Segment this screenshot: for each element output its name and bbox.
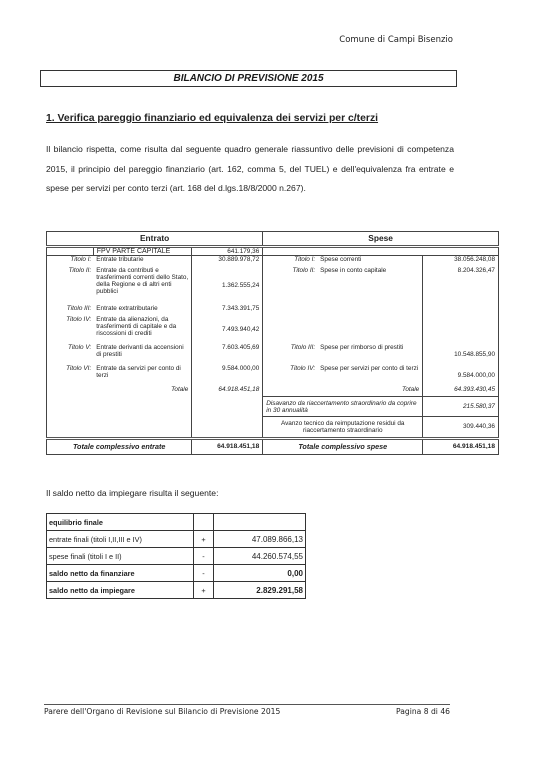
entrata-titolo: Titolo V: bbox=[47, 344, 94, 365]
spesa-value: 9.584.000,00 bbox=[423, 365, 499, 386]
equilibrio-sign bbox=[194, 514, 214, 531]
spesa-value: 10.548.855,90 bbox=[423, 344, 499, 365]
equilibrio-table: equilibrio finaleentrate finali (titoli … bbox=[46, 513, 306, 599]
spesa-titolo: Titolo IV: bbox=[263, 365, 317, 386]
municipality-header: Comune di Campi Bisenzio bbox=[339, 35, 453, 45]
entrata-titolo: Titolo III: bbox=[47, 305, 94, 316]
entrata-value: 30.889.978,72 bbox=[192, 256, 263, 267]
equilibrio-value: 47.089.866,13 bbox=[214, 531, 306, 548]
equilibrio-label: saldo netto da finanziare bbox=[47, 565, 194, 582]
intro-paragraph: Il bilancio rispetta, come risulta dal s… bbox=[46, 140, 454, 199]
spesa-dis-label: Disavanzo da riaccertamento straordinari… bbox=[263, 397, 423, 417]
entrata-value: 1.362.555,24 bbox=[192, 267, 263, 305]
spesa-ava-value: 309.440,36 bbox=[423, 417, 499, 437]
spesa-desc: Spese correnti bbox=[317, 256, 423, 267]
equilibrio-sign: - bbox=[194, 548, 214, 565]
entrata-value: 7.343.391,75 bbox=[192, 305, 263, 316]
entrata-titolo: Titolo I: bbox=[47, 256, 94, 267]
entrata-value: 7.603.405,69 bbox=[192, 344, 263, 365]
document-title: BILANCIO DI PREVISIONE 2015 bbox=[40, 70, 457, 87]
spesa-dis-value: 215.580,37 bbox=[423, 397, 499, 417]
entrata-value: 9.584.000,00 bbox=[192, 365, 263, 386]
equilibrio-label: equilibrio finale bbox=[47, 514, 194, 531]
equilibrio-value: 0,00 bbox=[214, 565, 306, 582]
equilibrio-row: equilibrio finale bbox=[47, 514, 306, 531]
spesa-value: 8.204.326,47 bbox=[423, 267, 499, 305]
equilibrio-row: spese finali (titoli I e II)-44.260.574,… bbox=[47, 548, 306, 565]
totale-spese-label: Totale complessivo spese bbox=[263, 439, 423, 455]
equilibrio-value bbox=[214, 514, 306, 531]
equilibrio-sign: - bbox=[194, 565, 214, 582]
entrata-desc: Entrate da contributi e trasferimenti co… bbox=[93, 267, 192, 305]
quadro-row: Disavanzo da riaccertamento straordinari… bbox=[47, 397, 499, 417]
equilibrio-row: entrate finali (titoli I,II,III e IV)+47… bbox=[47, 531, 306, 548]
saldo-intro: Il saldo netto da impiegare risulta il s… bbox=[46, 488, 218, 498]
totale-spese-value: 64.918.451,18 bbox=[423, 439, 499, 455]
equilibrio-sign: + bbox=[194, 531, 214, 548]
spesa-desc: Spese per rimborso di prestiti bbox=[317, 344, 423, 365]
entrata-totale-value: 64.918.451,18 bbox=[192, 386, 263, 397]
quadro-row: Titolo IV:Entrate da alienazioni, da tra… bbox=[47, 316, 499, 344]
fpv-label: FPV PARTE CAPITALE bbox=[93, 248, 192, 256]
entrata-titolo: Titolo II: bbox=[47, 267, 94, 305]
equilibrio-sign: + bbox=[194, 582, 214, 599]
spesa-value: 38.056.248,08 bbox=[423, 256, 499, 267]
entrata-titolo: Titolo IV: bbox=[47, 316, 94, 344]
totale-entrate-value: 64.918.451,18 bbox=[192, 439, 263, 455]
entrata-totale-label: Totale bbox=[93, 386, 192, 397]
totale-complessivo-row: Totale complessivo entrate 64.918.451,18… bbox=[47, 439, 499, 455]
entrata-titolo: Titolo VI: bbox=[47, 365, 94, 386]
section-heading: 1. Verifica pareggio finanziario ed equi… bbox=[46, 113, 378, 124]
quadro-row: Avanzo tecnico da reimputazione residui … bbox=[47, 417, 499, 437]
page-number: Pagina 8 di 46 bbox=[396, 707, 450, 716]
quadro-row: Titolo I:Entrate tributarie30.889.978,72… bbox=[47, 256, 499, 267]
totale-entrate-label: Totale complessivo entrate bbox=[47, 439, 192, 455]
spesa-desc: Spese in conto capitale bbox=[317, 267, 423, 305]
equilibrio-row: saldo netto da impiegare+2.829.291,58 bbox=[47, 582, 306, 599]
footer-title: Parere dell'Organo di Revisione sul Bila… bbox=[44, 707, 280, 716]
entrata-desc: Entrate da servizi per conto di terzi bbox=[93, 365, 192, 386]
entrata-desc: Entrate derivanti da accensioni di prest… bbox=[93, 344, 192, 365]
footer-divider bbox=[44, 704, 450, 705]
equilibrio-label: spese finali (titoli I e II) bbox=[47, 548, 194, 565]
spesa-titolo: Titolo III: bbox=[263, 344, 317, 365]
equilibrio-value: 44.260.574,55 bbox=[214, 548, 306, 565]
quadro-row: Titolo III:Entrate extratributarie7.343.… bbox=[47, 305, 499, 316]
fpv-row: FPV PARTE CAPITALE 641.179,36 bbox=[47, 248, 499, 256]
quadro-row: Titolo VI:Entrate da servizi per conto d… bbox=[47, 365, 499, 386]
quadro-row: Titolo V:Entrate derivanti da accensioni… bbox=[47, 344, 499, 365]
equilibrio-row: saldo netto da finanziare-0,00 bbox=[47, 565, 306, 582]
fpv-value: 641.179,36 bbox=[192, 248, 263, 256]
spese-header: Spese bbox=[263, 232, 499, 247]
quadro-row: Totale64.918.451,18Totale64.393.430,45 bbox=[47, 386, 499, 397]
equilibrio-label: saldo netto da impiegare bbox=[47, 582, 194, 599]
spesa-titolo: Titolo I: bbox=[263, 256, 317, 267]
entrate-header: Entrato bbox=[47, 232, 263, 247]
entrata-desc: Entrate extratributarie bbox=[93, 305, 192, 316]
entrata-value: 7.493.940,42 bbox=[192, 316, 263, 344]
spesa-desc: Spese per servizi per conto di terzi bbox=[317, 365, 423, 386]
equilibrio-value: 2.829.291,58 bbox=[214, 582, 306, 599]
quadro-row: Titolo II:Entrate da contributi e trasfe… bbox=[47, 267, 499, 305]
quadro-riassuntivo-table: Entrato Spese FPV PARTE CAPITALE 641.179… bbox=[46, 231, 499, 455]
spesa-titolo: Titolo II: bbox=[263, 267, 317, 305]
spesa-totale-value: 64.393.430,45 bbox=[423, 386, 499, 397]
entrata-desc: Entrate tributarie bbox=[93, 256, 192, 267]
entrata-desc: Entrate da alienazioni, da trasferimenti… bbox=[93, 316, 192, 344]
equilibrio-label: entrate finali (titoli I,II,III e IV) bbox=[47, 531, 194, 548]
spesa-totale-label: Totale bbox=[317, 386, 423, 397]
spesa-ava-label: Avanzo tecnico da reimputazione residui … bbox=[263, 417, 423, 437]
